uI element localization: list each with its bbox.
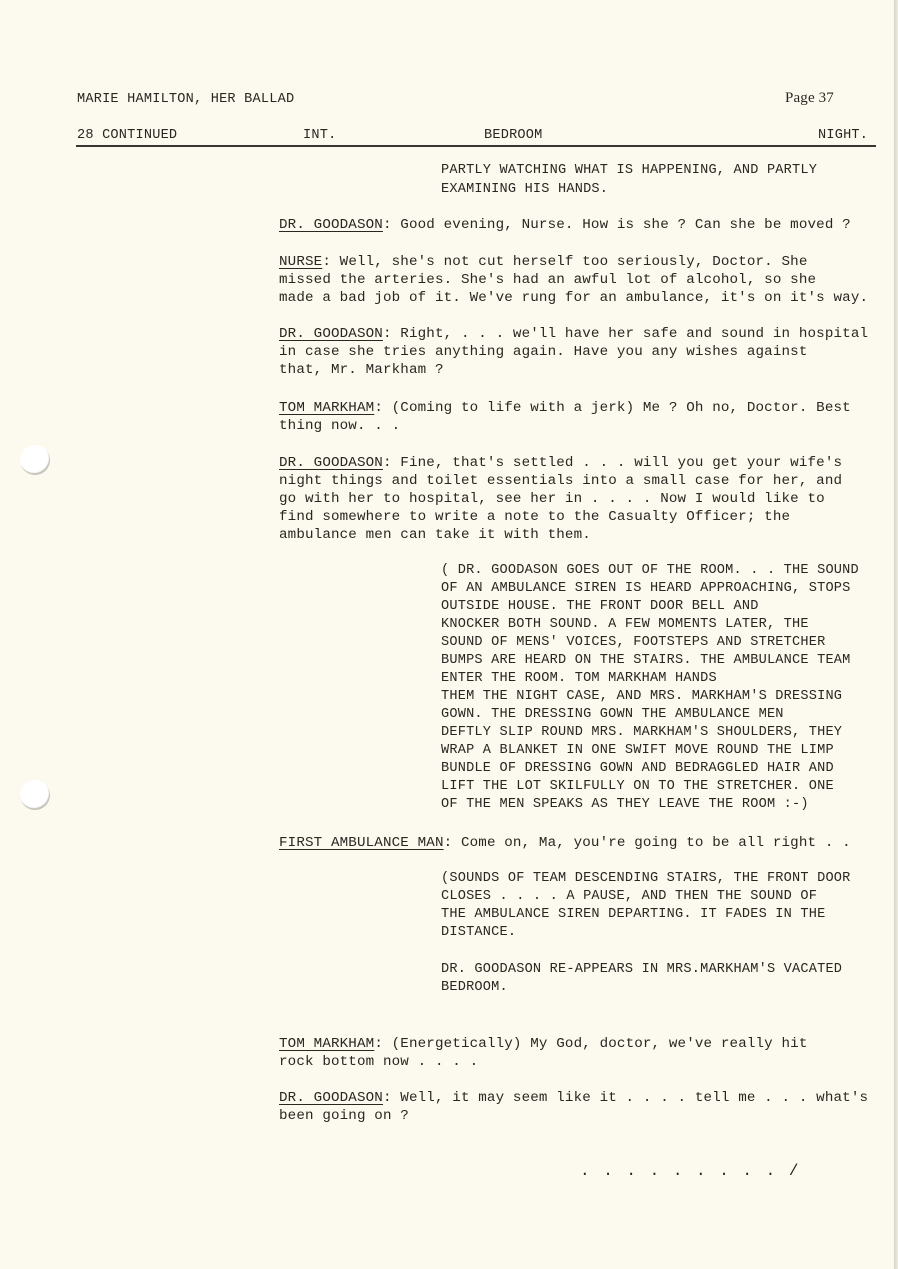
stage-direction-line: PARTLY WATCHING WHAT IS HAPPENING, AND P… xyxy=(441,163,817,178)
document-title: MARIE HAMILTON, HER BALLAD xyxy=(77,92,294,107)
punch-hole xyxy=(20,780,50,810)
dialogue-line: TOM MARKHAM: (Coming to life with a jerk… xyxy=(279,400,851,416)
stage-direction-line: BEDROOM. xyxy=(441,980,508,995)
dialogue-line: DR. GOODASON: Good evening, Nurse. How i… xyxy=(279,217,851,233)
stage-direction-line: WRAP A BLANKET IN ONE SWIFT MOVE ROUND T… xyxy=(441,743,834,758)
stage-direction-line: OUTSIDE HOUSE. THE FRONT DOOR BELL AND xyxy=(441,599,759,614)
dialogue-line: FIRST AMBULANCE MAN: Come on, Ma, you're… xyxy=(279,835,851,851)
stage-direction-line: BUNDLE OF DRESSING GOWN AND BEDRAGGLED H… xyxy=(441,761,834,776)
stage-direction-line: DISTANCE. xyxy=(441,925,516,940)
speaker-name: FIRST AMBULANCE MAN xyxy=(279,835,444,851)
punch-hole xyxy=(20,445,50,475)
stage-direction-line: EXAMINING HIS HANDS. xyxy=(441,182,608,197)
stage-direction-line: CLOSES . . . . A PAUSE, AND THEN THE SOU… xyxy=(441,889,817,904)
dialogue-line: NURSE: Well, she's not cut herself too s… xyxy=(279,254,808,270)
speaker-name: DR. GOODASON xyxy=(279,455,383,471)
stage-direction-line: GOWN. THE DRESSING GOWN THE AMBULANCE ME… xyxy=(441,707,784,722)
stage-direction-line: SOUND OF MENS' VOICES, FOOTSTEPS AND STR… xyxy=(441,635,825,650)
speaker-name: TOM MARKHAM xyxy=(279,1036,374,1052)
dialogue-line: DR. GOODASON: Well, it may seem like it … xyxy=(279,1090,868,1106)
dialogue-line: missed the arteries. She's had an awful … xyxy=(279,272,816,288)
page-edge xyxy=(894,0,898,1269)
heading-rule xyxy=(76,145,876,147)
page-number: Page 37 xyxy=(785,90,834,107)
dialogue-line: find somewhere to write a note to the Ca… xyxy=(279,509,790,525)
stage-direction-line: ( DR. GOODASON GOES OUT OF THE ROOM. . .… xyxy=(441,563,859,578)
dialogue-line: rock bottom now . . . . xyxy=(279,1054,478,1070)
dialogue-line: go with her to hospital, see her in . . … xyxy=(279,491,825,507)
dialogue-line: that, Mr. Markham ? xyxy=(279,362,444,378)
speaker-name: NURSE xyxy=(279,254,322,270)
stage-direction-line: DR. GOODASON RE-APPEARS IN MRS.MARKHAM'S… xyxy=(441,962,842,977)
dialogue-line: in case she tries anything again. Have y… xyxy=(279,344,808,360)
stage-direction-line: THEM THE NIGHT CASE, AND MRS. MARKHAM'S … xyxy=(441,689,842,704)
dialogue-line: ambulance men can take it with them. xyxy=(279,527,591,543)
dialogue-line: TOM MARKHAM: (Energetically) My God, doc… xyxy=(279,1036,808,1052)
stage-direction-line: OF THE MEN SPEAKS AS THEY LEAVE THE ROOM… xyxy=(441,797,809,812)
scene-number: 28 CONTINUED xyxy=(77,128,177,143)
stage-direction-line: DEFTLY SLIP ROUND MRS. MARKHAM'S SHOULDE… xyxy=(441,725,842,740)
continuation-mark: . . . . . . . . . / xyxy=(580,1162,800,1180)
scene-time: NIGHT. xyxy=(818,128,868,143)
dialogue-line: night things and toilet essentials into … xyxy=(279,473,842,489)
dialogue-line: been going on ? xyxy=(279,1108,409,1124)
speaker-name: DR. GOODASON xyxy=(279,217,383,233)
stage-direction-line: KNOCKER BOTH SOUND. A FEW MOMENTS LATER,… xyxy=(441,617,809,632)
stage-direction-line: ENTER THE ROOM. TOM MARKHAM HANDS xyxy=(441,671,717,686)
scene-location: BEDROOM xyxy=(484,128,543,143)
dialogue-line: DR. GOODASON: Right, . . . we'll have he… xyxy=(279,326,868,342)
scene-int-ext: INT. xyxy=(303,128,336,143)
stage-direction-line: LIFT THE LOT SKILFULLY ON TO THE STRETCH… xyxy=(441,779,834,794)
speaker-name: DR. GOODASON xyxy=(279,326,383,342)
dialogue-line: thing now. . . xyxy=(279,418,400,434)
stage-direction-line: OF AN AMBULANCE SIREN IS HEARD APPROACHI… xyxy=(441,581,851,596)
stage-direction-line: THE AMBULANCE SIREN DEPARTING. IT FADES … xyxy=(441,907,825,922)
speaker-name: DR. GOODASON xyxy=(279,1090,383,1106)
stage-direction-line: (SOUNDS OF TEAM DESCENDING STAIRS, THE F… xyxy=(441,871,851,886)
script-page: MARIE HAMILTON, HER BALLAD Page 37 28 CO… xyxy=(0,0,898,1269)
speaker-name: TOM MARKHAM xyxy=(279,400,374,416)
dialogue-line: made a bad job of it. We've rung for an … xyxy=(279,290,868,306)
stage-direction-line: BUMPS ARE HEARD ON THE STAIRS. THE AMBUL… xyxy=(441,653,851,668)
dialogue-line: DR. GOODASON: Fine, that's settled . . .… xyxy=(279,455,842,471)
